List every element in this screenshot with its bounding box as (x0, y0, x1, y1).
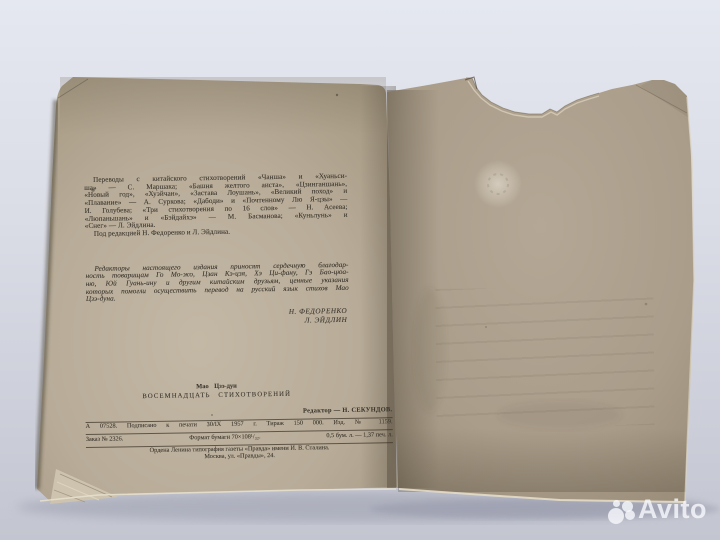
colophon-block: Мао Цзэ-дун ВОСЕМНАДЦАТЬ СТИХОТВОРЕНИЙ Р… (85, 381, 393, 463)
avito-watermark: Avito (604, 493, 716, 537)
gratitude-paragraph: Редакторы настоящего издания приносят се… (85, 261, 349, 304)
show-through-text-streaks (435, 287, 654, 427)
text-line: Под редакцией Н. Федоренко и Л. Эйдлина. (85, 227, 348, 239)
avito-watermark-label: Avito (638, 494, 707, 525)
avito-logo-icon (625, 510, 635, 520)
avito-logo-icon (613, 500, 620, 507)
colophon-paper-format: Формат бумаги 70×108¹/₃₂. (189, 434, 260, 442)
translations-paragraph: Переводы с китайского стихотворений «Чан… (84, 173, 348, 239)
book-listing-photo: Переводы с китайского стихотворений «Чан… (0, 0, 720, 540)
right-page-bottom-shading (398, 428, 686, 492)
faded-stamp (474, 160, 522, 208)
colophon-title: ВОСЕМНАДЦАТЬ СТИХОТВОРЕНИЙ (85, 391, 348, 402)
left-page-top-shading (60, 77, 386, 135)
left-page-text-block: Переводы с китайского стихотворений «Чан… (84, 173, 349, 328)
avito-logo-icon (608, 508, 624, 524)
colophon-order-no: Заказ № 2326. (86, 436, 124, 443)
colophon-volume: 0,5 бум. л. — 1,37 печ. л. (326, 432, 393, 440)
